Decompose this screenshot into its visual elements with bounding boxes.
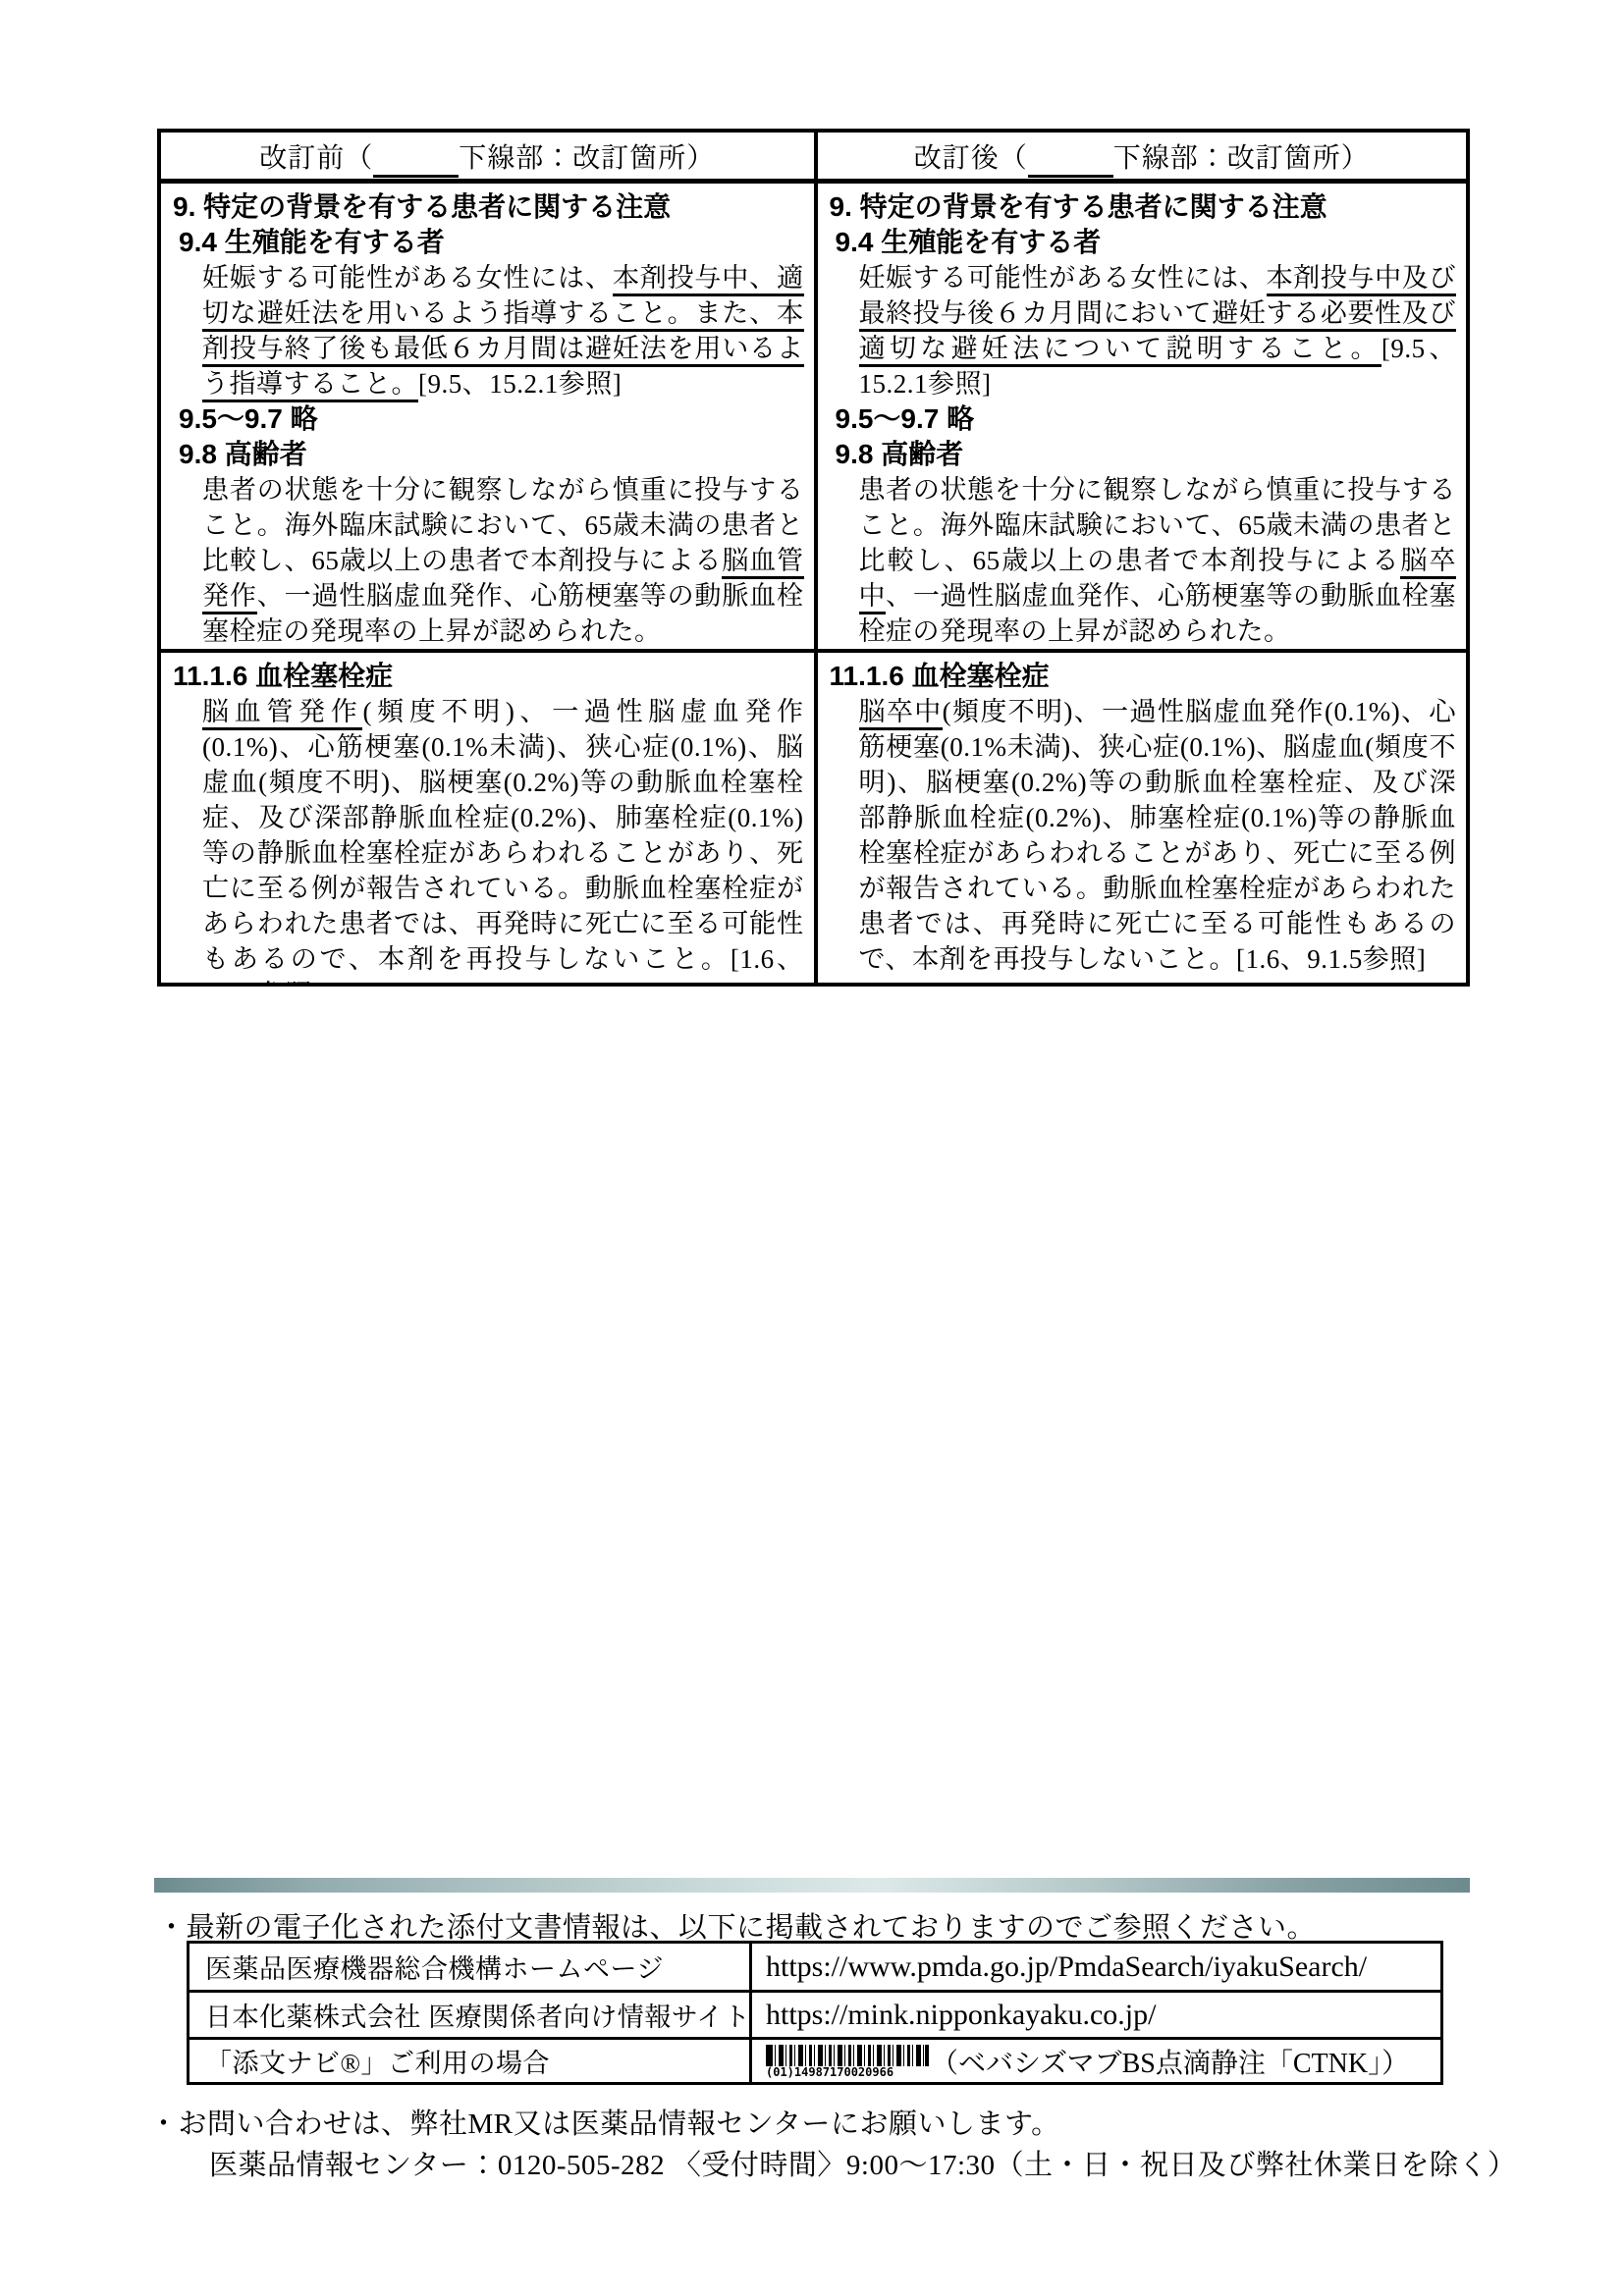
text-segment: 改訂前（ — [259, 136, 373, 176]
text-segment: (頻度不明)、一過性脳虚血発作(0.1%)、心筋梗塞(0.1%未満)、狭心症(0… — [859, 697, 1457, 974]
underlined-revision-text — [1028, 134, 1113, 178]
document-page: 改訂前（ 下線部：改訂箇所） 改訂後（ 下線部：改訂箇所） 9. 特定の背景を有… — [0, 0, 1624, 2296]
underlined-revision-text: 脳卒中 — [859, 697, 943, 730]
links-table: 医薬品医療機器総合機構ホームページ https://www.pmda.go.jp… — [187, 1941, 1443, 2085]
after-column-header: 改訂後（ 下線部：改訂箇所） — [814, 133, 1467, 184]
text-segment: 、一過性脳虚血発作、心筋梗塞等の動脈血栓塞栓症の発現率の上昇が認められた。 — [859, 581, 1457, 646]
paragraph: 脳血管発作(頻度不明)、一過性脳虚血発作(0.1%)、心筋梗塞(0.1%未満)、… — [202, 694, 804, 983]
text-segment: 9. 特定の背景を有する患者に関する注意 — [173, 191, 671, 222]
section-heading: 9.8 高齢者 — [173, 437, 804, 472]
section-heading: 9. 特定の背景を有する患者に関する注意 — [173, 189, 804, 225]
text-segment: 9.8 高齢者 — [836, 439, 964, 469]
text-segment: [9.5、15.2.1参照] — [418, 369, 622, 399]
text-segment: 9.5〜9.7 略 — [179, 403, 318, 434]
pmda-site-label: 医薬品医療機器総合機構ホームページ — [189, 1944, 749, 1990]
gradient-divider-bar — [154, 1878, 1470, 1893]
tenbunavi-value-cell: (01)14987170020966 （ベバシズマブBS点滴静注「CTNK」） — [749, 2037, 1440, 2082]
text-segment: 患者の状態を十分に観察しながら慎重に投与すること。海外臨床試験において、65歳未… — [202, 475, 804, 575]
paragraph: 脳卒中(頻度不明)、一過性脳虚血発作(0.1%)、心筋梗塞(0.1%未満)、狭心… — [859, 694, 1457, 977]
electronic-package-insert-note: ・最新の電子化された添付文書情報は、以下に掲載されておりますのでご参照ください。 — [157, 1905, 1316, 1946]
gs1-barcode: (01)14987170020966 — [766, 2045, 921, 2079]
section-heading: 9. 特定の背景を有する患者に関する注意 — [830, 189, 1457, 225]
text-segment: 、一過性脳虚血発作、心筋梗塞等の動脈血栓塞栓症の発現率の上昇が認められた。 — [202, 581, 804, 646]
revision-comparison-table: 改訂前（ 下線部：改訂箇所） 改訂後（ 下線部：改訂箇所） 9. 特定の背景を有… — [157, 129, 1470, 987]
text-segment: 患者の状態を十分に観察しながら慎重に投与すること。海外臨床試験において、65歳未… — [859, 475, 1457, 575]
text-segment: 9.8 高齢者 — [179, 439, 307, 469]
text-segment: 11.1.6 血栓塞栓症 — [173, 661, 393, 691]
section-heading: 11.1.6 血栓塞栓症 — [173, 659, 804, 694]
before-cell-section11: 11.1.6 血栓塞栓症脳血管発作(頻度不明)、一過性脳虚血発作(0.1%)、心… — [161, 653, 814, 983]
section-heading: 9.5〜9.7 略 — [173, 401, 804, 437]
text-segment: 9.4 生殖能を有する者 — [836, 227, 1102, 257]
after-cell-section9: 9. 特定の背景を有する患者に関する注意9.4 生殖能を有する者妊娠する可能性が… — [814, 184, 1467, 653]
text-segment: 9.4 生殖能を有する者 — [179, 227, 445, 257]
pmda-site-url: https://www.pmda.go.jp/PmdaSearch/iyakuS… — [749, 1944, 1440, 1990]
before-cell-section9: 9. 特定の背景を有する患者に関する注意9.4 生殖能を有する者妊娠する可能性が… — [161, 184, 814, 653]
text-segment: 改訂後（ — [914, 136, 1028, 176]
paragraph: 患者の状態を十分に観察しながら慎重に投与すること。海外臨床試験において、65歳未… — [859, 472, 1457, 649]
section-heading: 9.5〜9.7 略 — [830, 401, 1457, 437]
contact-note: ・お問い合わせは、弊社MR又は医薬品情報センターにお願いします。 — [149, 2102, 1060, 2142]
text-segment: 下線部：改訂箇所） — [1113, 136, 1370, 176]
section-heading: 9.4 生殖能を有する者 — [173, 225, 804, 260]
section-heading: 11.1.6 血栓塞栓症 — [830, 659, 1457, 694]
text-segment: 9.5〜9.7 略 — [836, 403, 975, 434]
nipponkayaku-site-label: 日本化薬株式会社 医療関係者向け情報サイト — [189, 1990, 749, 2037]
section-heading: 9.4 生殖能を有する者 — [830, 225, 1457, 260]
text-segment: 下線部：改訂箇所） — [459, 136, 715, 176]
after-cell-section11: 11.1.6 血栓塞栓症脳卒中(頻度不明)、一過性脳虚血発作(0.1%)、心筋梗… — [814, 653, 1467, 983]
text-segment: 妊娠する可能性がある女性には、 — [859, 263, 1267, 293]
before-column-header: 改訂前（ 下線部：改訂箇所） — [161, 133, 814, 184]
contact-phone-line: 医薬品情報センター：0120-505-282 〈受付時間〉9:00〜17:30（… — [209, 2143, 1517, 2183]
paragraph: 患者の状態を十分に観察しながら慎重に投与すること。海外臨床試験において、65歳未… — [202, 472, 804, 649]
tenbunavi-label: 「添文ナビ®」ご利用の場合 — [189, 2037, 749, 2082]
barcode-number: (01)14987170020966 — [766, 2066, 921, 2079]
section-heading: 9.8 高齢者 — [830, 437, 1457, 472]
paragraph: 妊娠する可能性がある女性には、本剤投与中、適切な避妊法を用いるよう指導すること。… — [202, 260, 804, 401]
text-segment: 11.1.6 血栓塞栓症 — [830, 661, 1050, 691]
barcode-bars-icon — [766, 2045, 929, 2066]
text-segment: 9. 特定の背景を有する患者に関する注意 — [830, 191, 1327, 222]
underlined-revision-text — [373, 134, 459, 178]
paragraph: 妊娠する可能性がある女性には、本剤投与中及び最終投与後６カ月間において避妊する必… — [859, 260, 1457, 401]
text-segment: (頻度不明)、一過性脳虚血発作(0.1%)、心筋梗塞(0.1%未満)、狭心症(0… — [202, 697, 804, 983]
text-segment: 妊娠する可能性がある女性には、 — [202, 263, 613, 293]
product-name: （ベバシズマブBS点滴静注「CTNK」） — [931, 2042, 1409, 2081]
underlined-revision-text: 脳血管発作 — [202, 697, 362, 730]
nipponkayaku-site-url: https://mink.nipponkayaku.co.jp/ — [749, 1990, 1440, 2037]
